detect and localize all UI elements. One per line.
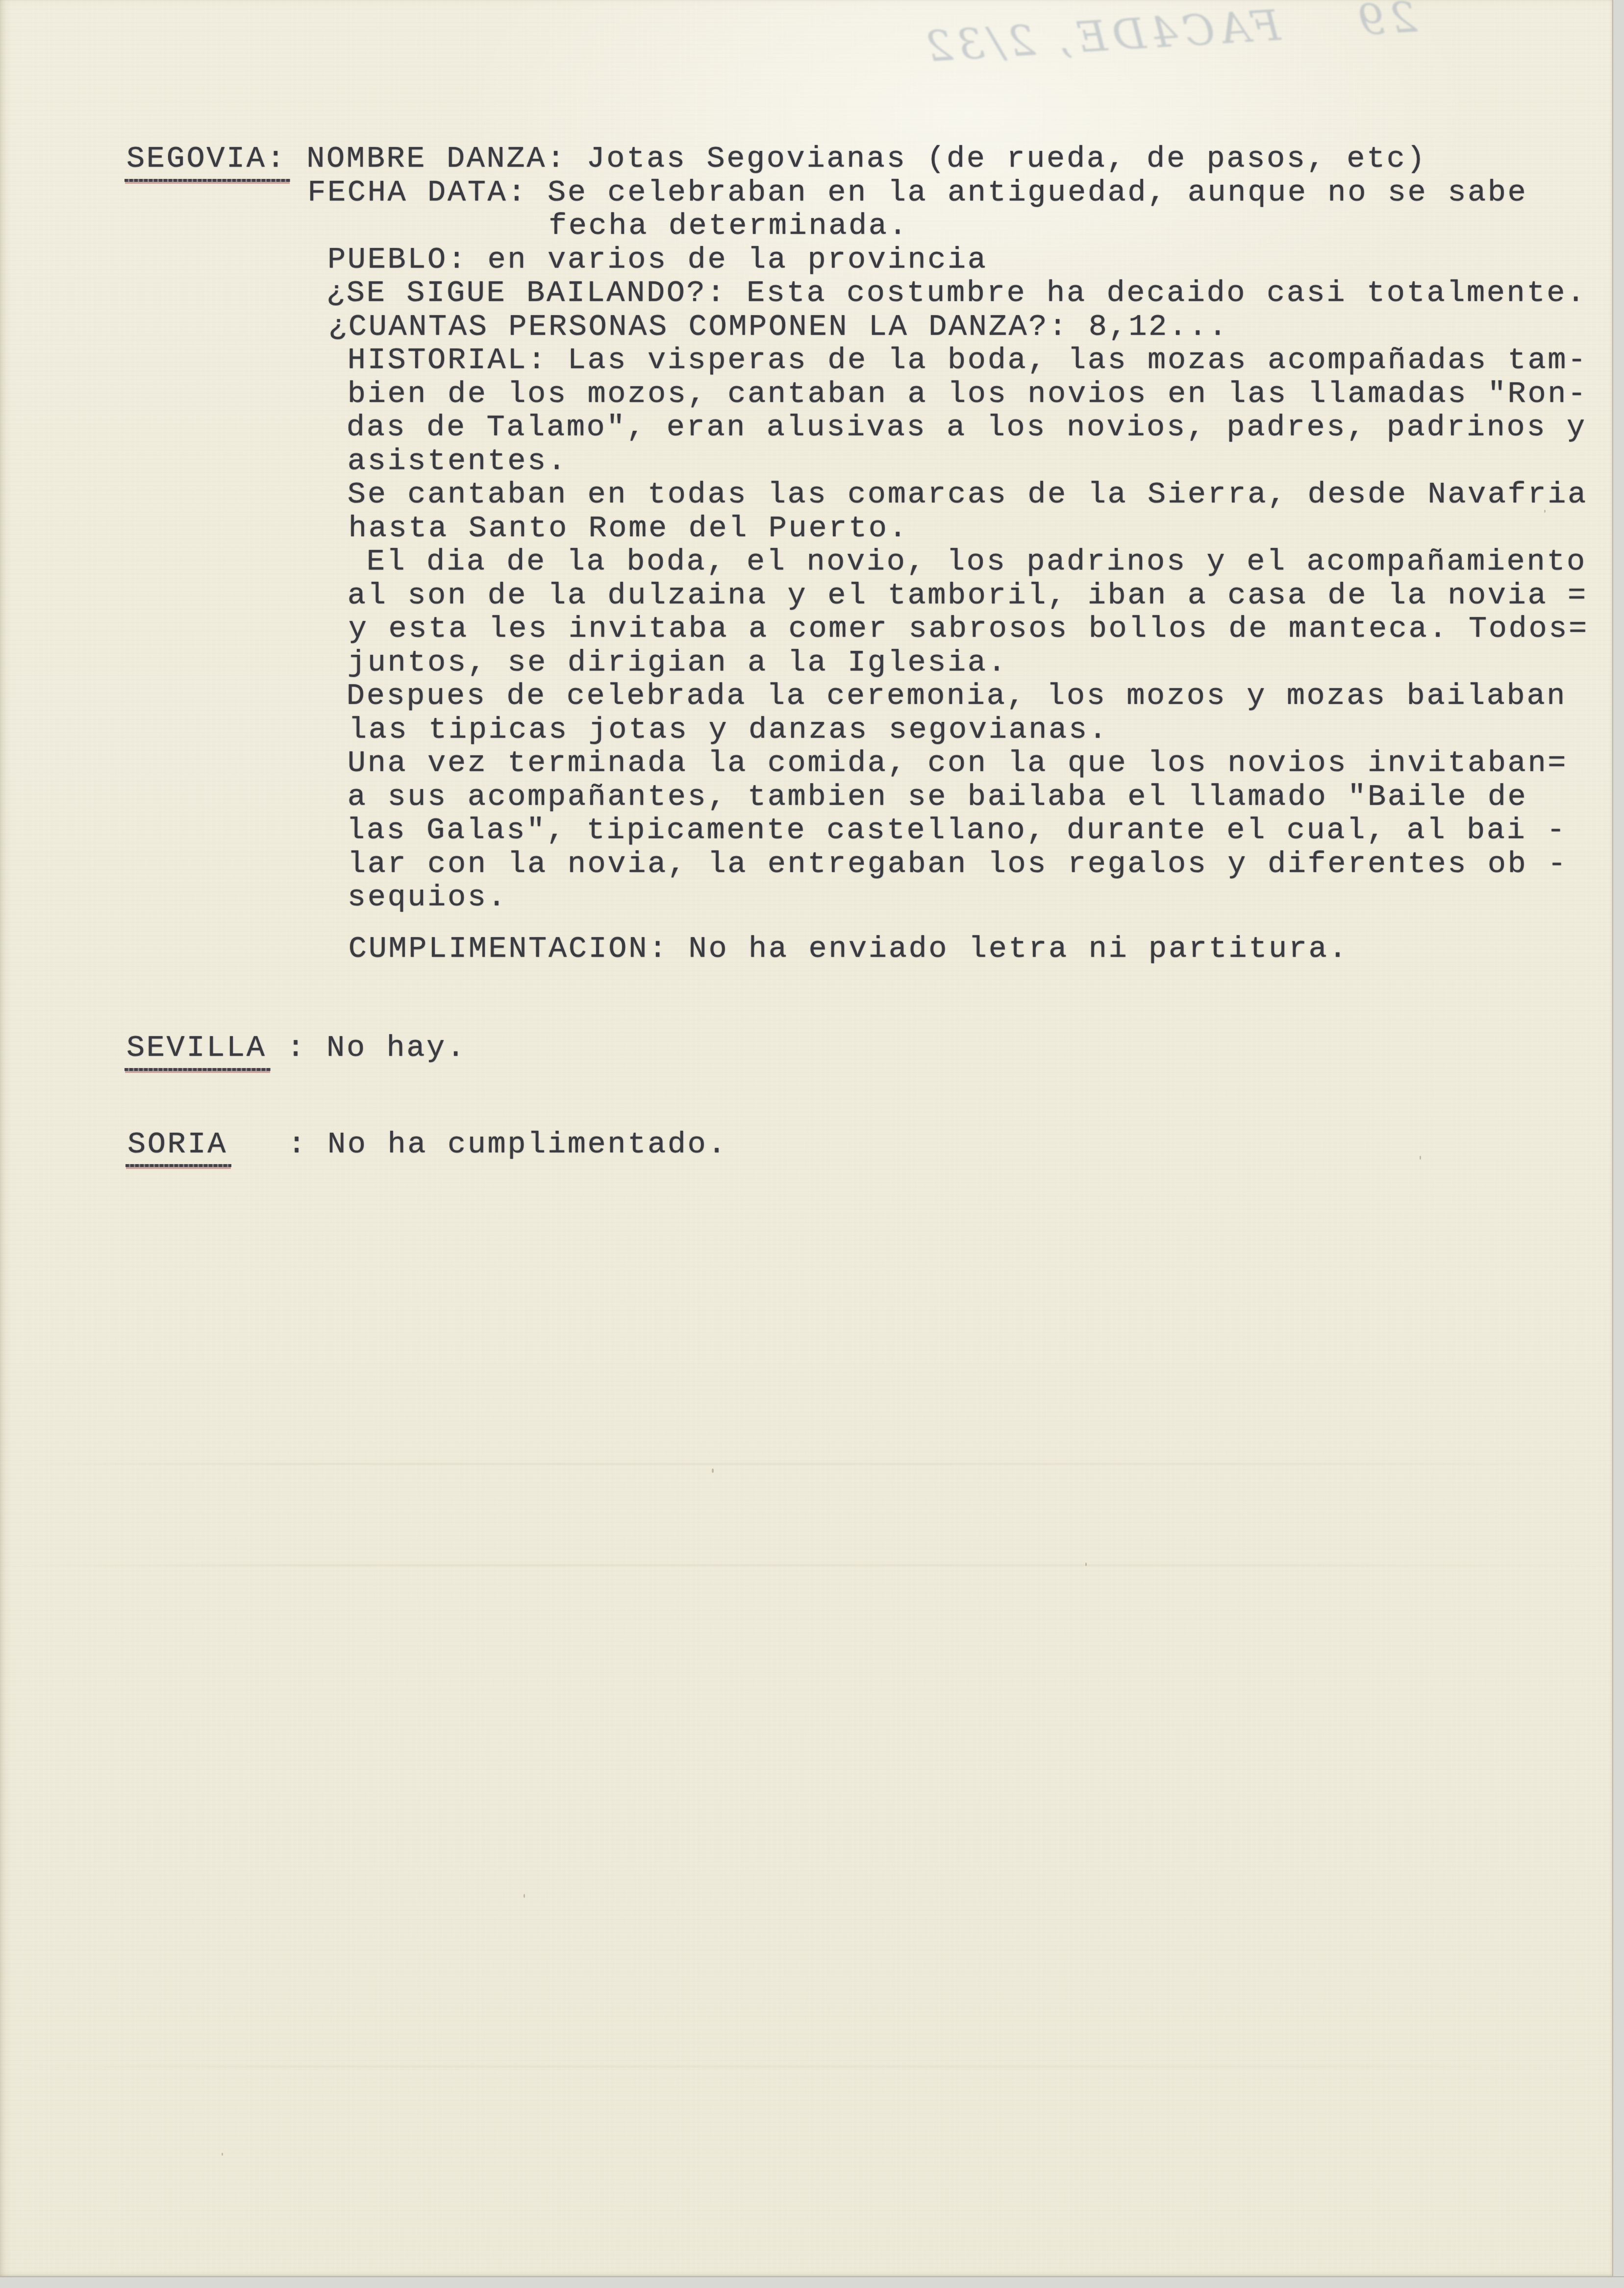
- typed-line: ¿SE SIGUE BAILANDO?: Esta costumbre ha d…: [126, 276, 1587, 310]
- typed-line: El dia de la boda, el novio, los padrino…: [126, 545, 1587, 579]
- typed-line: PUEBLO: en varios de la provincia: [127, 243, 1588, 277]
- typed-line: SEGOVIA: NOMBRE DANZA: Jotas Segovianas …: [126, 142, 1587, 176]
- typed-line: Se cantaban en todas las comarcas de la …: [127, 478, 1588, 512]
- typed-line: SEVILLA : No hay.: [126, 1031, 1587, 1065]
- typed-line-text: Una vez terminada la comida, con la que …: [127, 746, 1568, 780]
- typed-line-text: : No hay.: [267, 1030, 467, 1065]
- province-label: SORIA: [127, 1128, 227, 1162]
- typed-line-text: ¿SE SIGUE BAILANDO?: Esta costumbre ha d…: [126, 275, 1587, 310]
- typed-line: Despues de celebrada la ceremonia, los m…: [126, 679, 1587, 713]
- paper-crease: [0, 2066, 1613, 2067]
- typed-line-text: CUMPLIMENTACION: No ha enviado letra ni …: [128, 931, 1349, 966]
- paper-speck: [222, 2153, 223, 2156]
- typed-line-text: fecha determinada.: [128, 208, 908, 243]
- typed-line: a sus acompañantes, tambien se bailaba e…: [127, 780, 1588, 814]
- scanner-edge-bottom: [0, 2276, 1624, 2288]
- typed-line-text: PUEBLO: en varios de la provincia: [127, 242, 988, 277]
- typed-line: y esta les invitaba a comer sabrosos bol…: [128, 612, 1589, 646]
- typed-line: Una vez terminada la comida, con la que …: [127, 746, 1588, 780]
- typed-text: SEGOVIA: NOMBRE DANZA: Jotas Segovianas …: [127, 142, 1588, 1161]
- paper-crease: [0, 1463, 1613, 1465]
- paper-speck: [524, 1894, 525, 1898]
- typed-line: SORIA : No ha cumplimentado.: [127, 1128, 1588, 1162]
- typed-line-text: FECHA DATA: Se celebraban en la antigued…: [127, 175, 1527, 210]
- paper-speck: [1420, 1156, 1421, 1160]
- paper-speck: [712, 1468, 714, 1473]
- typed-line-text: asistentes.: [127, 444, 568, 478]
- typed-line: las tipicas jotas y danzas segovianas.: [128, 713, 1589, 747]
- typed-line: bien de los mozos, cantaban a los novios…: [127, 377, 1588, 411]
- typed-line: das de Talamo", eran alusivas a los novi…: [126, 411, 1587, 445]
- scanner-edge-right: [1612, 0, 1624, 2288]
- typed-line-text: sequios.: [127, 880, 507, 915]
- typed-line-text: al son de la dulzaina y el tamboril, iba…: [127, 578, 1588, 613]
- typed-line-text: HISTORIAL: Las visperas de la boda, las …: [127, 343, 1588, 377]
- typed-line-text: das de Talamo", eran alusivas a los novi…: [126, 410, 1587, 445]
- typed-line-text: juntos, se dirigian a la Iglesia.: [127, 645, 1007, 680]
- typed-line-text: Se cantaban en todas las comarcas de la …: [127, 477, 1588, 512]
- typed-line: juntos, se dirigian a la Iglesia.: [127, 646, 1588, 680]
- typed-line-text: las Galas", tipicamente castellano, dura…: [126, 813, 1567, 847]
- typed-line: FECHA DATA: Se celebraban en la antigued…: [127, 176, 1588, 210]
- typed-line-text: y esta les invitaba a comer sabrosos bol…: [128, 611, 1589, 646]
- paper: 29 FAC4DE, 2/32 SEGOVIA: NOMBRE DANZA: J…: [0, 0, 1613, 2277]
- province-label: SEGOVIA:: [126, 142, 286, 176]
- typed-line-text: El dia de la boda, el novio, los padrino…: [126, 544, 1587, 579]
- typed-line: lar con la novia, la entregaban los rega…: [127, 847, 1588, 881]
- typed-line-text: NOMBRE DANZA: Jotas Segovianas (de rueda…: [286, 141, 1426, 176]
- typed-line-text: Despues de celebrada la ceremonia, los m…: [126, 678, 1567, 713]
- typed-line: CUMPLIMENTACION: No ha enviado letra ni …: [128, 932, 1589, 966]
- typed-line: hasta Santo Rome del Puerto.: [128, 512, 1589, 546]
- typed-line: ¿CUANTAS PERSONAS COMPONEN LA DANZA?: 8,…: [128, 310, 1589, 344]
- typed-line: las Galas", tipicamente castellano, dura…: [126, 814, 1587, 847]
- typed-line: HISTORIAL: Las visperas de la boda, las …: [127, 344, 1588, 377]
- typed-line: fecha determinada.: [128, 209, 1589, 243]
- paper-speck: [1085, 1563, 1087, 1566]
- typed-line: sequios.: [127, 881, 1588, 915]
- typed-line-text: ¿CUANTAS PERSONAS COMPONEN LA DANZA?: 8,…: [128, 309, 1228, 344]
- typed-line-text: las tipicas jotas y danzas segovianas.: [128, 712, 1109, 747]
- province-label: SEVILLA: [126, 1031, 267, 1065]
- typed-line-text: a sus acompañantes, tambien se bailaba e…: [127, 779, 1527, 814]
- typed-line: asistentes.: [127, 445, 1588, 478]
- typed-line-text: : No ha cumplimentado.: [227, 1127, 727, 1162]
- paper-speck: [1544, 510, 1546, 513]
- pencil-annotation-bleedthrough: 29 FAC4DE, 2/32: [920, 0, 1418, 72]
- typed-line-text: bien de los mozos, cantaban a los novios…: [127, 376, 1588, 411]
- typed-line-text: lar con la novia, la entregaban los rega…: [127, 846, 1568, 881]
- typed-line-text: hasta Santo Rome del Puerto.: [128, 511, 908, 546]
- typed-line: al son de la dulzaina y el tamboril, iba…: [127, 579, 1588, 613]
- scanned-page: 29 FAC4DE, 2/32 SEGOVIA: NOMBRE DANZA: J…: [0, 0, 1624, 2288]
- paper-crease: [0, 1565, 1613, 1566]
